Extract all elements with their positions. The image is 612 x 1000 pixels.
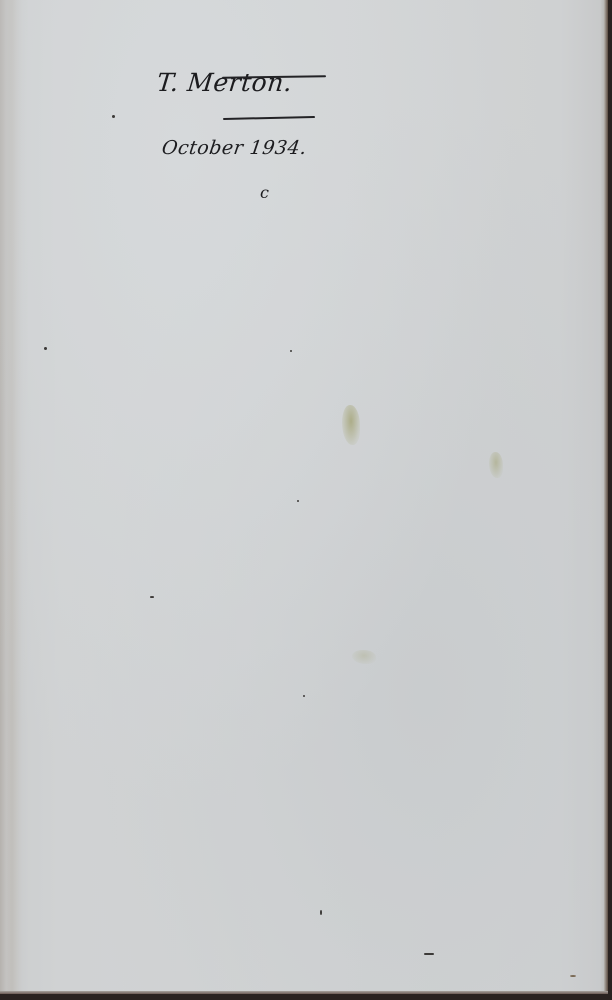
ink-speck	[44, 347, 47, 350]
page-bottom-edge	[0, 991, 608, 994]
ink-speck	[150, 596, 154, 598]
ink-speck	[112, 115, 115, 118]
ink-speck	[290, 350, 292, 352]
ink-speck	[424, 953, 434, 955]
owner-signature: T. Merton.	[155, 68, 293, 97]
flyleaf-page: T. Merton. October 1934. c	[0, 0, 608, 994]
pencil-mark: c	[260, 183, 269, 202]
inscription-date: October 1934.	[160, 137, 308, 159]
foxing-stain	[489, 452, 503, 478]
ink-speck	[297, 500, 299, 502]
ink-speck	[570, 975, 576, 977]
gutter-shadow	[0, 0, 28, 994]
page-right-edge	[604, 0, 608, 994]
ink-speck	[303, 695, 305, 697]
foxing-stain	[352, 650, 376, 664]
signature-second-underline	[223, 116, 315, 120]
ink-speck	[320, 910, 322, 915]
foxing-stain	[342, 405, 360, 445]
